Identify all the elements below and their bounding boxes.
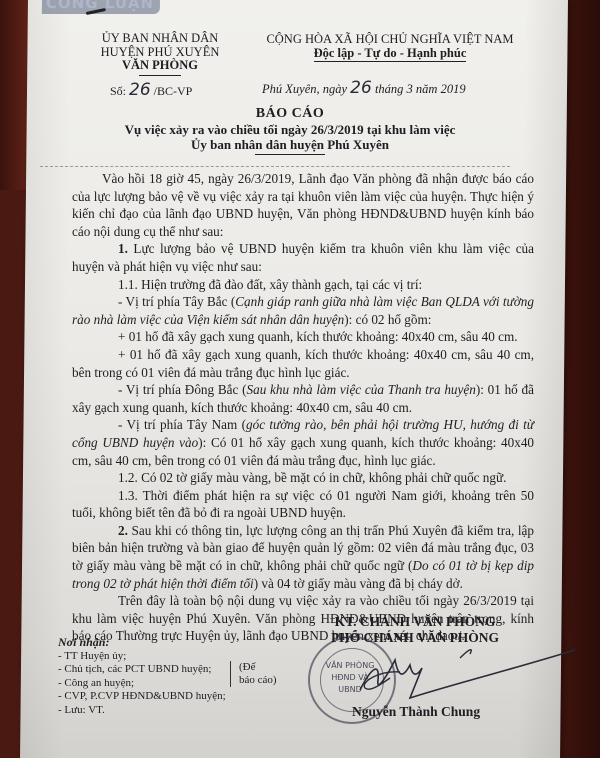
number-handwritten: 26 — [129, 80, 151, 100]
text: ) và 04 tờ giấy màu vàng đã bị cháy dở. — [254, 576, 463, 591]
subject-line-1: Vụ việc xảy ra vào chiều tối ngày 26/3/2… — [60, 122, 520, 137]
date-day-handwritten: 26 — [350, 78, 372, 98]
national-motto: Độc lập - Tự do - Hạnh phúc — [314, 46, 467, 62]
number-prefix: Số: — [110, 84, 126, 98]
recipient-item: - TT Huyện ủy; — [58, 650, 226, 664]
fold-line — [40, 166, 510, 167]
document-title: BÁO CÁO Vụ việc xảy ra vào chiều tối ngà… — [60, 106, 520, 155]
italic-text: Sau khu nhà làm việc của Thanh tra huyện — [247, 382, 476, 397]
purpose-line-2: báo cáo) — [239, 674, 277, 687]
purpose-line-1: (Để — [239, 661, 277, 674]
paragraph-1-1: 1.1. Hiện trường đã đào đất, xây thành g… — [72, 276, 534, 294]
paragraph-intro: Vào hồi 18 giờ 45, ngày 26/3/2019, Lãnh … — [72, 170, 534, 240]
section-number: 1. — [118, 241, 128, 256]
agency-line-1: ỦY BAN NHÂN DÂN — [80, 32, 240, 46]
paragraph-1-2: 1.2. Có 02 tờ giấy màu vàng, bề mặt có i… — [72, 469, 534, 487]
number-suffix: /BC-VP — [154, 84, 193, 98]
doc-type: BÁO CÁO — [60, 106, 520, 122]
issuing-agency: ỦY BAN NHÂN DÂN HUYỆN PHÚ XUYÊN VĂN PHÒN… — [80, 32, 240, 76]
signer-authority: KT. CHÁNH VĂN PHÒNG — [290, 614, 540, 630]
date-prefix: Phú Xuyên, ngày — [262, 82, 347, 96]
agency-line-3: VĂN PHÒNG — [80, 59, 240, 73]
text: - Vị trí phía Tây Bắc ( — [118, 294, 235, 309]
paragraph-pit-1: + 01 hố đã xây gạch xung quanh, kích thư… — [72, 328, 534, 346]
recipients-label: Nơi nhận: — [58, 636, 226, 650]
paragraph-southwest: - Vị trí phía Tây Nam (góc tường rào, bê… — [72, 416, 534, 469]
subject-line-2: Ủy ban nhân dân huyện Phú Xuyên — [60, 137, 520, 152]
agency-line-2: HUYỆN PHÚ XUYÊN — [80, 46, 240, 60]
agency-underline — [139, 75, 181, 76]
recipient-item: - CVP, P.CVP HĐND&UBND huyện; — [58, 690, 226, 704]
text: - Vị trí phía Đông Bắc ( — [118, 382, 247, 397]
paragraph-1-3: 1.3. Thời điểm phát hiện ra sự việc có 0… — [72, 487, 534, 522]
section-number: 2. — [118, 523, 128, 538]
paragraph-text: Lực lượng bảo vệ UBND huyện kiểm tra khu… — [72, 241, 534, 274]
signer-name: Nguyễn Thành Chung — [352, 704, 480, 720]
national-header: CỘNG HÒA XÃ HỘI CHỦ NGHĨA VIỆT NAM Độc l… — [245, 32, 535, 62]
recipient-item: - Công an huyện; — [58, 677, 226, 691]
text: - Vị trí phía Tây Nam ( — [118, 417, 246, 432]
recipient-purpose: (Để báo cáo) — [230, 661, 277, 687]
text: ): có 02 hố gồm: — [344, 312, 431, 327]
recipient-item: - Chủ tịch, các PCT UBND huyện; — [58, 663, 226, 677]
recipient-item: - Lưu: VT. — [58, 704, 226, 718]
recipients-list: Nơi nhận: - TT Huyện ủy; - Chủ tịch, các… — [58, 636, 226, 717]
paragraph-pit-2: + 01 hố đã xây gạch xung quanh, kích thư… — [72, 346, 534, 381]
report-body: Vào hồi 18 giờ 45, ngày 26/3/2019, Lãnh … — [72, 170, 534, 645]
handwritten-signature-icon — [350, 640, 580, 700]
nation-name: CỘNG HÒA XÃ HỘI CHỦ NGHĨA VIỆT NAM — [245, 32, 535, 46]
paragraph-northeast: - Vị trí phía Đông Bắc (Sau khu nhà làm … — [72, 381, 534, 416]
title-underline — [255, 154, 325, 155]
place-date: Phú Xuyên, ngày 26 tháng 3 năm 2019 — [262, 78, 466, 98]
document-number: Số: 26 /BC-VP — [110, 80, 192, 100]
paragraph-1: 1. Lực lượng bảo vệ UBND huyện kiểm tra … — [72, 240, 534, 275]
paragraph-2: 2. Sau khi có thông tin, lực lượng công … — [72, 522, 534, 592]
date-suffix: tháng 3 năm 2019 — [375, 82, 466, 96]
paragraph-northwest: - Vị trí phía Tây Bắc (Cạnh giáp ranh gi… — [72, 293, 534, 328]
